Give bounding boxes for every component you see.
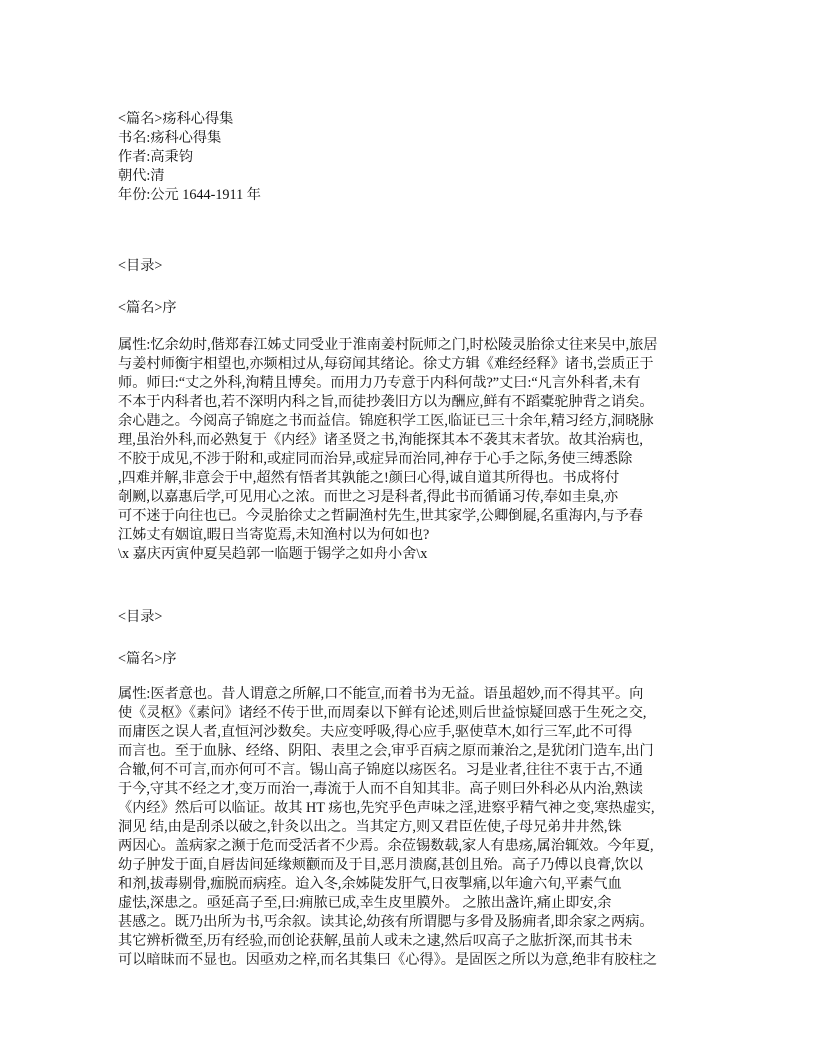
chapter-title: <篇名>序 xyxy=(118,650,716,669)
chapter-title: <篇名>序 xyxy=(118,299,716,318)
preface-section-2: <目录> <篇名>序 属性:医者意也。昔人谓意之所解,口不能宣,而着书为无益。语… xyxy=(118,608,716,970)
preface-section-1: <目录> <篇名>序 属性:忆余幼时,偕郑春江姊丈同受业于淮南姜村阮师之门,时松… xyxy=(118,257,716,564)
toc-marker: <目录> xyxy=(118,257,716,276)
document-page: <篇名>疡科心得集 书名:疡科心得集 作者:高秉钧 朝代:清 年份:公元 164… xyxy=(0,0,816,1056)
chapter-body: 属性:医者意也。昔人谓意之所解,口不能宣,而着书为无益。语虽超妙,而不得其平。向… xyxy=(118,685,718,970)
book-metadata: <篇名>疡科心得集 书名:疡科心得集 作者:高秉钧 朝代:清 年份:公元 164… xyxy=(118,110,716,205)
book-tag-title: <篇名>疡科心得集 xyxy=(118,110,716,129)
book-dynasty: 朝代:清 xyxy=(118,167,716,186)
book-author: 作者:高秉钧 xyxy=(118,148,716,167)
chapter-body: 属性:忆余幼时,偕郑春江姊丈同受业于淮南姜村阮师之门,时松陵灵胎徐丈往来吴中,旅… xyxy=(118,336,718,564)
book-year: 年份:公元 1644-1911 年 xyxy=(118,186,716,205)
toc-marker: <目录> xyxy=(118,608,716,627)
book-name: 书名:疡科心得集 xyxy=(118,129,716,148)
